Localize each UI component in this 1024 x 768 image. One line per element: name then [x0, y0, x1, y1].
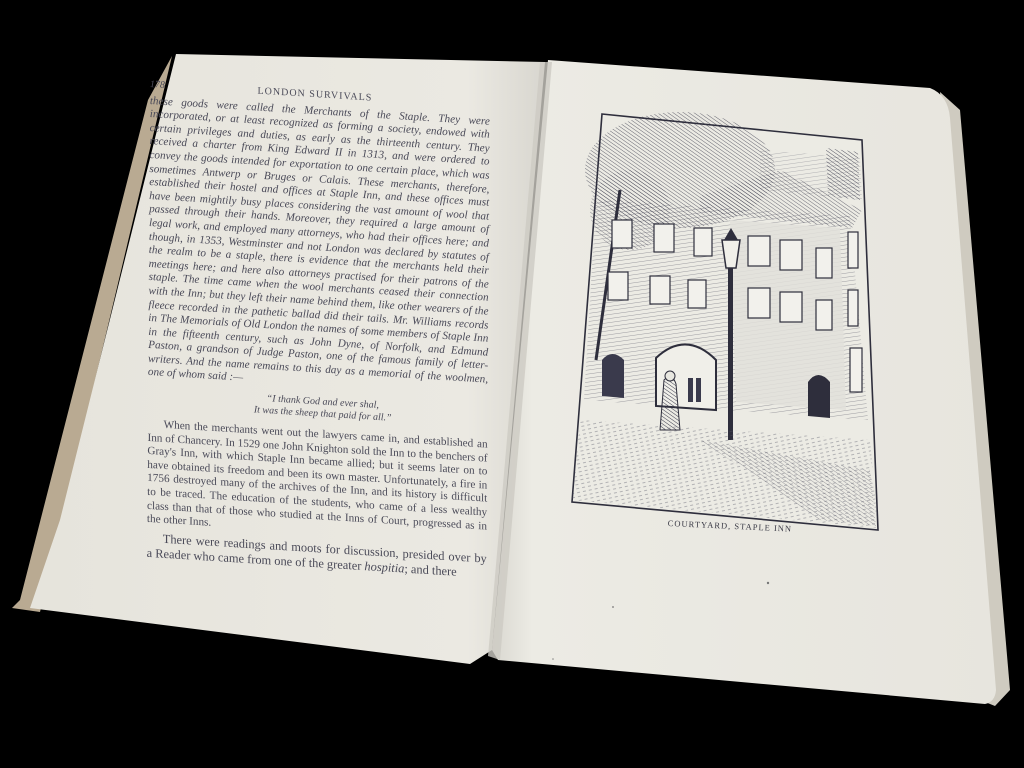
hospitia-word: hospitia	[364, 559, 404, 575]
paragraph-3-end: ; and there	[404, 561, 456, 578]
paragraph-1-text: these goods were called the Merchants of…	[148, 95, 490, 332]
left-page-text: 178 LONDON SURVIVALS these goods were ca…	[147, 78, 490, 581]
book-photo: 178 LONDON SURVIVALS these goods were ca…	[0, 0, 1024, 768]
paragraph-2: When the merchants went out the lawyers …	[147, 418, 488, 547]
paragraph-1: these goods were called the Merchants of…	[148, 95, 490, 401]
courtyard-illustration	[572, 112, 878, 530]
page-number: 178	[150, 78, 170, 93]
paragraph-1-continuation: the names of some members of Staple Inn …	[148, 321, 488, 385]
